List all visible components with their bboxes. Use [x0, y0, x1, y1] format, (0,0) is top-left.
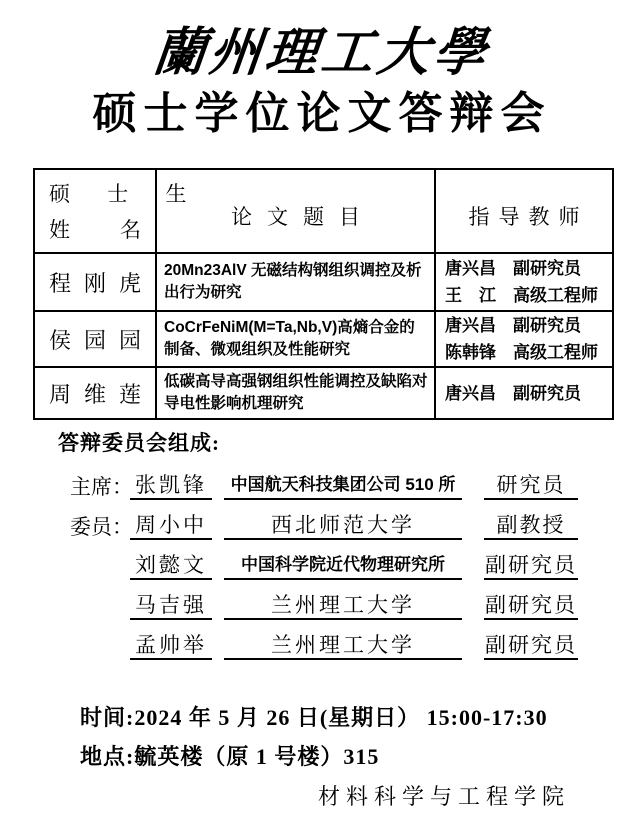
committee-row-member: 马吉强 兰州理工大学 副研究员 — [0, 592, 644, 620]
student-name: 程刚虎 — [49, 271, 154, 296]
event-time: 时间:2024 年 5 月 26 日(星期日） 15:00-17:30 — [80, 704, 644, 732]
table-header-row: 硕 士 生 姓 名 论文题目 指导教师 — [34, 169, 613, 253]
committee-member-name: 孟帅举 — [130, 632, 212, 660]
committee-member-title: 研究员 — [484, 472, 578, 500]
committee-member-institution: 兰州理工大学 — [224, 592, 462, 620]
university-logo-calligraphy: 蘭州理工大學 — [150, 10, 494, 85]
header-student-line2: 姓 名 — [47, 212, 143, 248]
header-cell-advisor: 指导教师 — [435, 169, 613, 253]
event-info: 时间:2024 年 5 月 26 日(星期日） 15:00-17:30 地点:毓… — [0, 704, 644, 811]
table-row: 程刚虎 20Mn23AlV 无磁结构钢组织调控及析出行为研究 唐兴昌 副研究员 … — [34, 253, 613, 311]
advisor-line: 唐兴昌 副研究员 — [445, 312, 612, 339]
header-student-xing: 姓 — [49, 212, 70, 248]
thesis-title: CoCrFeNiM(M=Ta,Nb,V)高熵合金的制备、微观组织及性能研究 — [157, 314, 434, 364]
thesis-title: 20Mn23AlV 无磁结构钢组织调控及析出行为研究 — [157, 257, 434, 307]
advisor-line: 唐兴昌 副研究员 — [445, 255, 612, 282]
header-student-line1: 硕 士 生 — [49, 176, 143, 212]
chair-label: 主席： — [70, 474, 130, 500]
committee-row-member: 刘懿文 中国科学院近代物理研究所 副研究员 — [0, 552, 644, 580]
committee-row-member: 委员： 周小中 西北师范大学 副教授 — [0, 512, 644, 540]
thesis-title-cell: CoCrFeNiM(M=Ta,Nb,V)高熵合金的制备、微观组织及性能研究 — [156, 311, 435, 367]
event-location: 地点:毓英楼（原 1 号楼）315 — [80, 743, 644, 771]
committee-member-name: 周小中 — [130, 512, 212, 540]
table-row: 侯园园 CoCrFeNiM(M=Ta,Nb,V)高熵合金的制备、微观组织及性能研… — [34, 311, 613, 367]
advisor-line: 王 江 高级工程师 — [445, 282, 612, 309]
committee-member-title: 副教授 — [484, 512, 578, 540]
table-row: 周维莲 低碳高导高强钢组织性能调控及缺陷对导电性影响机理研究 唐兴昌 副研究员 — [34, 367, 613, 419]
committee-member-name: 张凯锋 — [130, 472, 212, 500]
student-name: 周维莲 — [49, 382, 154, 407]
committee-member-institution: 兰州理工大学 — [224, 632, 462, 660]
committee-heading: 答辩委员会组成: — [58, 428, 644, 458]
committee-row-member: 孟帅举 兰州理工大学 副研究员 — [0, 632, 644, 660]
advisor-line: 唐兴昌 副研究员 — [445, 380, 612, 407]
student-name-cell: 侯园园 — [34, 311, 156, 367]
header-student-ming: 名 — [120, 212, 141, 248]
committee-row-chair: 主席： 张凯锋 中国航天科技集团公司 510 所 研究员 — [0, 472, 644, 500]
student-name: 侯园园 — [49, 328, 154, 353]
university-logo: 蘭州理工大學 — [0, 10, 644, 84]
committee-list: 主席： 张凯锋 中国航天科技集团公司 510 所 研究员 委员： 周小中 西北师… — [0, 472, 644, 660]
thesis-title-cell: 20Mn23AlV 无磁结构钢组织调控及析出行为研究 — [156, 253, 435, 311]
thesis-title-cell: 低碳高导高强钢组织性能调控及缺陷对导电性影响机理研究 — [156, 367, 435, 419]
committee-member-title: 副研究员 — [484, 592, 578, 620]
thesis-title: 低碳高导高强钢组织性能调控及缺陷对导电性影响机理研究 — [157, 368, 434, 418]
advisor-line: 陈韩锋 高级工程师 — [445, 339, 612, 366]
advisor-cell: 唐兴昌 副研究员 — [435, 367, 613, 419]
committee-member-institution: 中国航天科技集团公司 510 所 — [224, 472, 462, 500]
advisor-cell: 唐兴昌 副研究员 陈韩锋 高级工程师 — [435, 311, 613, 367]
header-advisor-label: 指导教师 — [469, 202, 589, 232]
student-name-cell: 程刚虎 — [34, 253, 156, 311]
page-title: 硕士学位论文答辩会 — [0, 84, 644, 144]
advisor-cell: 唐兴昌 副研究员 王 江 高级工程师 — [435, 253, 613, 311]
header-cell-student-name: 硕 士 生 姓 名 — [34, 169, 156, 253]
committee-member-name: 刘懿文 — [130, 552, 212, 580]
school-signature: 材料科学与工程学院 — [318, 783, 644, 811]
committee-member-institution: 中国科学院近代物理研究所 — [224, 552, 462, 580]
student-name-cell: 周维莲 — [34, 367, 156, 419]
committee-member-name: 马吉强 — [130, 592, 212, 620]
member-label: 委员： — [70, 514, 130, 540]
committee-member-title: 副研究员 — [484, 632, 578, 660]
committee-member-title: 副研究员 — [484, 552, 578, 580]
header-thesis-label: 论文题目 — [231, 202, 375, 232]
defense-table: 硕 士 生 姓 名 论文题目 指导教师 程刚虎 20Mn23AlV 无磁结构钢组… — [33, 168, 614, 420]
committee-member-institution: 西北师范大学 — [224, 512, 462, 540]
